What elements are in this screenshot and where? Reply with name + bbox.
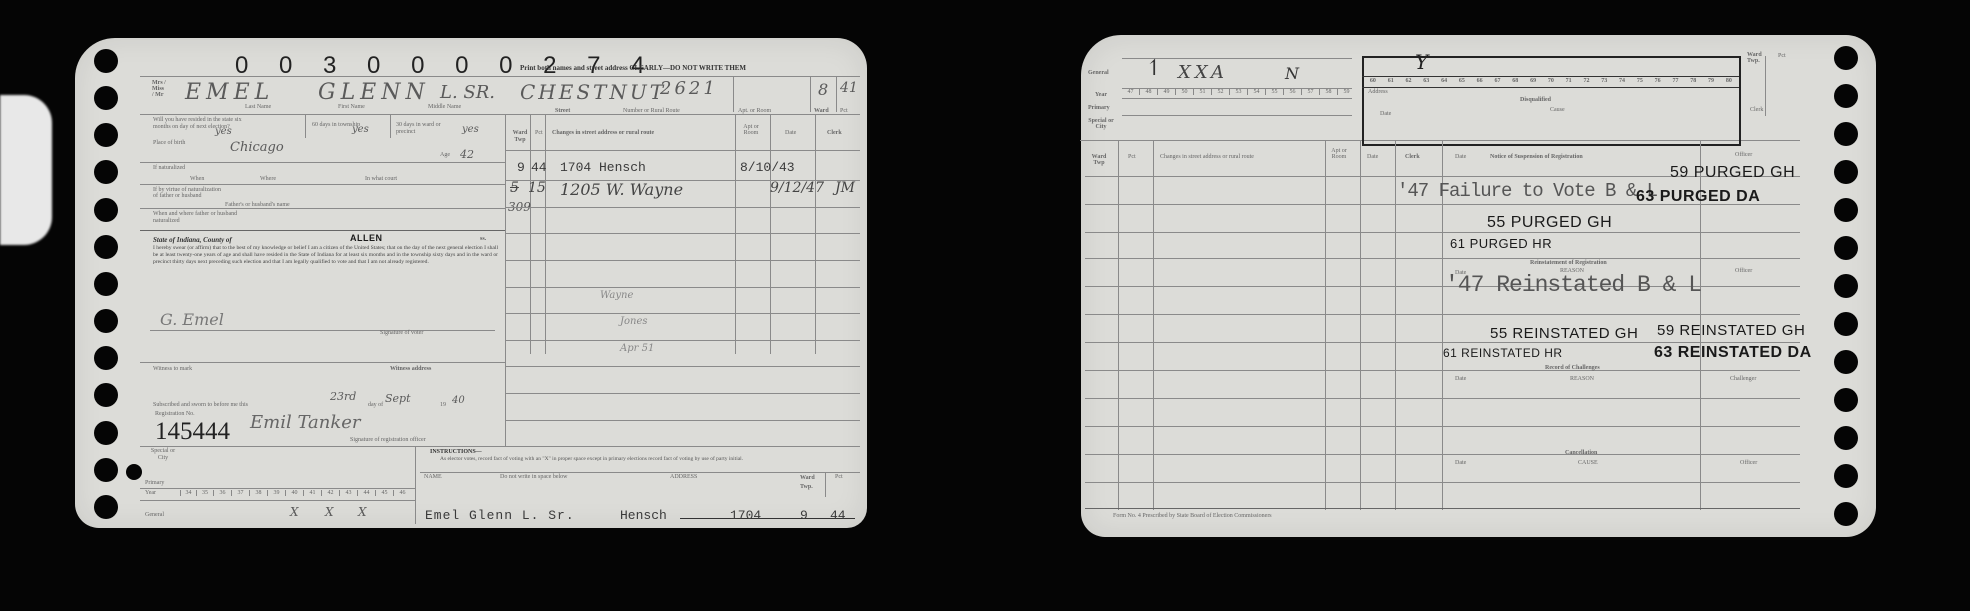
- label-signature-voter: Signature of voter: [380, 330, 423, 336]
- change-address: 1704 Hensch: [560, 160, 646, 175]
- change-ward: 5: [510, 180, 519, 196]
- label-footer-do-not-write: Do not write in space below: [500, 474, 567, 480]
- general-vote-marks: XXA: [1178, 62, 1228, 83]
- label-footer-name: NAME: [424, 474, 442, 480]
- header-ward-twp: Ward Twp: [1090, 154, 1108, 166]
- label-address: Address: [1368, 89, 1388, 95]
- label-clerk: Clerk: [1750, 107, 1763, 113]
- label-special-city: Special or City: [1088, 118, 1114, 130]
- header-cancellation-officer: Officer: [1740, 460, 1757, 466]
- label-year: Year: [1095, 92, 1107, 98]
- label-subscribed: Subscribed and sworn to before me this: [153, 402, 248, 408]
- change-date: 8/10/43: [740, 160, 795, 175]
- general-mark: X: [325, 505, 334, 519]
- instructions-title: INSTRUCTIONS—: [430, 449, 482, 455]
- general-vote-mark: N: [1285, 64, 1299, 83]
- reinstatement-title: Reinstatement of Registration: [1530, 260, 1607, 266]
- sworn-day-value: 23rd: [330, 390, 356, 403]
- faint-note: Jones: [620, 316, 648, 327]
- header-suspension: Notice of Suspension of Registration: [1490, 154, 1583, 160]
- label-footer-pct: Pct: [835, 474, 843, 480]
- label-witness-mark: Witness to mark: [153, 366, 192, 372]
- label-when-where-father: When and where father or husband natural…: [153, 211, 248, 225]
- reinstatement-stamp: 55 REINSTATED GH: [1490, 325, 1638, 342]
- label-ss: ss.: [480, 236, 486, 242]
- label-first-name: First Name: [338, 104, 365, 110]
- label-middle-name: Middle Name: [428, 104, 461, 110]
- label-ward-twp: Ward Twp.: [1747, 52, 1765, 64]
- label-footer-address: ADDRESS: [670, 474, 697, 480]
- label-court: In what court: [365, 176, 397, 182]
- label-registration-no: Registration No.: [155, 411, 195, 417]
- punch-holes-right: [1834, 46, 1858, 526]
- footer-typed-street: Hensch: [620, 508, 667, 523]
- registration-number: 145444: [155, 418, 230, 446]
- label-general: General: [145, 512, 164, 518]
- label-special-city: Special or City: [150, 448, 176, 462]
- residence-state-value: yes: [215, 126, 232, 137]
- label-age: Age: [440, 152, 450, 158]
- header-date: Date: [1367, 154, 1378, 160]
- header-suspension-officer: Officer: [1735, 152, 1752, 158]
- footer-typed-pct: 44: [830, 508, 846, 523]
- general-vote-mark: Y: [1415, 50, 1428, 74]
- sworn-month-value: Sept: [385, 392, 411, 405]
- reinstatement-entry: '47 Reinstated B & L: [1445, 272, 1701, 298]
- residence-township-value: yes: [352, 124, 369, 135]
- number-value: 2621: [660, 78, 718, 99]
- background-artifact: [0, 95, 52, 245]
- suspension-stamp: 55 PURGED GH: [1487, 214, 1612, 232]
- label-day-of: day of: [368, 402, 383, 408]
- faint-note: Wayne: [600, 290, 633, 301]
- pct-value: 41: [840, 80, 858, 96]
- reinstatement-stamp: 63 REINSTATED DA: [1654, 344, 1812, 362]
- reinstatement-stamp: 59 REINSTATED GH: [1657, 322, 1805, 339]
- change-pct: 44: [531, 160, 547, 175]
- officer-signature: Emil Tanker: [250, 412, 361, 433]
- header-changes: Changes in street address or rural route: [1160, 154, 1254, 160]
- label-signature-officer: Signature of registration officer: [350, 437, 426, 443]
- header-instruction: Print both names and street address CLEA…: [520, 64, 746, 72]
- label-when: When: [190, 176, 204, 182]
- label-year-prefix: 19: [440, 402, 446, 408]
- label-father-husband: If by virtue of naturalization of father…: [153, 187, 223, 199]
- header-challenger: Challenger: [1730, 376, 1756, 382]
- suspension-stamp: 61 PURGED HR: [1450, 236, 1552, 251]
- label-primary: Primary: [145, 480, 164, 486]
- sworn-year-value: 40: [452, 395, 465, 406]
- voter-signature: G. Emel: [160, 310, 224, 329]
- street-value: CHESTNUT: [520, 80, 666, 104]
- reinstatement-stamp: 61 REINSTATED HR: [1443, 346, 1563, 360]
- punch-holes-left: [94, 49, 118, 519]
- last-name-value: EMEL: [185, 80, 274, 105]
- title-prefix: Mrs / Miss / Mr: [152, 80, 166, 98]
- label-last-name: Last Name: [245, 104, 271, 110]
- change-date: 9/12/47: [770, 180, 824, 196]
- header-reinstatement-officer: Officer: [1735, 268, 1752, 274]
- label-footer-ward: Ward Twp.: [800, 474, 820, 492]
- year-row-first: 47 48 49 50 51 52 53 54 55 56 57 58 59: [1122, 89, 1355, 95]
- faint-note: Apr 51: [620, 343, 654, 354]
- residence-ward-value: yes: [462, 124, 479, 135]
- county-value: ALLEN: [350, 233, 383, 243]
- label-residence-state: Will you have resided in the state six m…: [153, 117, 248, 131]
- change-clerk: JM: [835, 180, 855, 196]
- oath-text: I hereby swear (or affirm) that to the b…: [153, 245, 498, 266]
- header-suspension-date: Date: [1455, 154, 1466, 160]
- label-where: Where: [260, 176, 276, 182]
- change-ward: 9: [517, 160, 525, 175]
- cancellation-title: Cancellation: [1565, 450, 1597, 456]
- first-name-value: GLENN: [318, 80, 430, 105]
- header-cancellation-cause: CAUSE: [1578, 460, 1598, 466]
- label-disqualified: Disqualified: [1520, 97, 1551, 103]
- middle-name-value: L. SR.: [440, 82, 495, 103]
- label-residence-ward: 30 days in ward or precinct: [396, 122, 451, 136]
- place-of-birth-value: Chicago: [230, 140, 284, 155]
- header-challenge-date: Date: [1455, 376, 1466, 382]
- year-row-second: 60 61 62 63 64 65 66 67 68 69 70 71 72 7…: [1364, 78, 1738, 84]
- label-primary: Primary: [1088, 105, 1110, 111]
- label-state-county: State of Indiana, County of: [153, 236, 232, 244]
- label-cause: Cause: [1550, 107, 1565, 113]
- label-date: Date: [1380, 111, 1391, 117]
- label-naturalized: If naturalized: [153, 165, 185, 171]
- general-vote-mark: ↿: [1145, 56, 1163, 81]
- header-apt: Apt or Room: [1330, 148, 1348, 160]
- footer-typed-ward: 9: [800, 508, 808, 523]
- label-general: General: [1088, 70, 1109, 76]
- form-footer: Form No. 4 Prescribed by State Board of …: [1113, 513, 1272, 519]
- punch-hole-extra: [126, 464, 142, 480]
- label-pct: Pct: [1778, 53, 1786, 59]
- age-value: 42: [460, 148, 474, 161]
- suspension-stamp: 59 PURGED GH: [1670, 164, 1795, 182]
- header-challenge-reason: REASON: [1570, 376, 1594, 382]
- header-clerk: Clerk: [1405, 154, 1420, 160]
- instructions-text: As elector votes, record fact of voting …: [440, 456, 840, 463]
- year-row-left: Year 34 35 36 37 38 39 40 41 42 43 44 45…: [145, 490, 411, 496]
- header-cancellation-date: Date: [1455, 460, 1466, 466]
- label-witness-address: Witness address: [390, 366, 431, 372]
- ward-value: 8: [818, 80, 828, 99]
- change-address: 1205 W. Wayne: [560, 180, 683, 199]
- general-mark: X: [358, 505, 367, 519]
- suspension-stamp: 63 PURGED DA: [1636, 188, 1760, 206]
- footer-typed-number: 1704: [730, 508, 761, 523]
- change-pct: 15: [528, 180, 546, 196]
- label-place-of-birth: Place of birth: [153, 140, 185, 146]
- general-mark: X: [290, 505, 299, 519]
- header-pct: Pct: [1128, 154, 1136, 160]
- challenges-title: Record of Challenges: [1545, 365, 1600, 371]
- footer-typed-name: Emel Glenn L. Sr.: [425, 508, 575, 523]
- suspension-entry: '47 Failure to Vote B & L: [1397, 180, 1657, 202]
